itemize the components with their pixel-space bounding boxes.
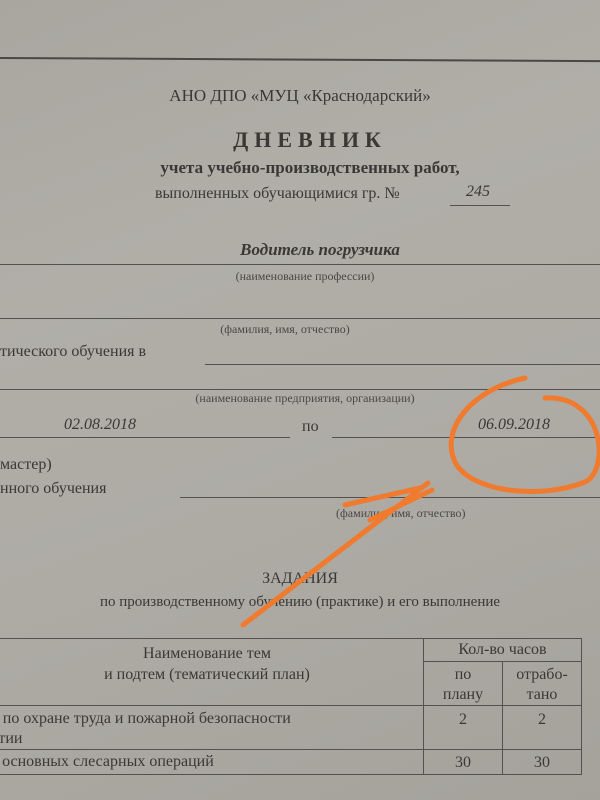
- master-line: [180, 497, 600, 498]
- plan-header: по плану: [424, 662, 503, 706]
- training-place-line: [205, 364, 600, 365]
- table-row: е основных слесарных операций 30 30: [0, 750, 582, 775]
- profession-value: Водитель погрузчика: [0, 240, 600, 260]
- group-label: выполненных обучающимися гр. №: [155, 185, 400, 203]
- date-from-line: [0, 437, 290, 438]
- organization-name: АНО ДПО «МУЦ «Краснодарский»: [0, 86, 600, 106]
- table-row: к по охране труда и пожарной безопасност…: [0, 706, 582, 750]
- tasks-table: Наименование тем и подтем (тематический …: [0, 638, 582, 775]
- document-subtitle: учета учебно-производственных работ,: [0, 158, 600, 178]
- fio-caption: (фамилия, имя, отчество): [0, 322, 570, 337]
- done-header: отрабо- тано: [503, 662, 582, 706]
- organization-line: [0, 389, 600, 390]
- done-hours-cell: 30: [503, 750, 582, 775]
- group-number: 245: [466, 183, 490, 201]
- tasks-subtitle: по производственному обучению (практике)…: [0, 594, 600, 611]
- master-caption: (фамилия, имя, отчество): [336, 506, 465, 521]
- profession-caption: (наименование профессии): [0, 269, 600, 284]
- plan-hours-cell: 2: [424, 706, 503, 750]
- done-hours-cell: 2: [503, 706, 582, 750]
- fio-line: [0, 318, 600, 319]
- tasks-title: ЗАДАНИЯ: [0, 570, 600, 588]
- po-label: по: [302, 418, 319, 436]
- document-page: АНО ДПО «МУЦ «Краснодарский» ДНЕВНИК уче…: [0, 0, 600, 800]
- group-number-line: [450, 205, 510, 206]
- topic-cell: е основных слесарных операций: [0, 750, 424, 775]
- topic-cell: к по охране труда и пожарной безопасност…: [0, 706, 424, 750]
- master-label: мастер): [0, 456, 52, 474]
- date-from: 02.08.2018: [64, 416, 136, 434]
- plan-hours-cell: 30: [424, 750, 503, 775]
- organization-caption: (наименование предприятия, организации): [0, 391, 600, 406]
- date-to-line: [332, 437, 600, 438]
- training-in-label: тического обучения в: [0, 343, 146, 361]
- hours-header: Кол-во часов: [424, 639, 582, 662]
- top-rule: [0, 57, 600, 62]
- profession-line: [0, 264, 600, 265]
- topic-header: Наименование тем и подтем (тематический …: [0, 639, 424, 706]
- document-title: ДНЕВНИК: [0, 127, 600, 153]
- training-label: нного обучения: [0, 480, 106, 498]
- date-to: 06.09.2018: [478, 416, 550, 434]
